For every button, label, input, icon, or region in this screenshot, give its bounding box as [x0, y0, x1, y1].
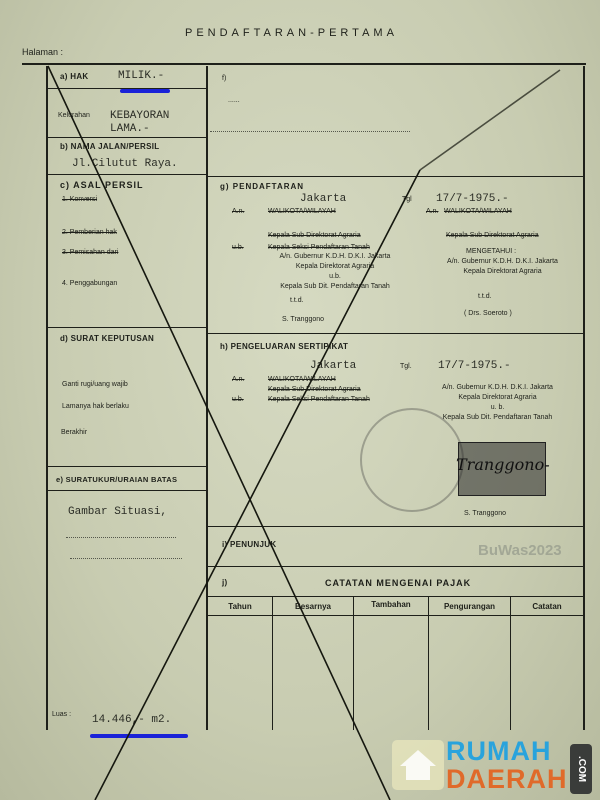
document-page: PENDAFTARAN-PERTAMA Halaman : a) HAK MIL…	[0, 0, 600, 800]
buwas-watermark: BuWas2023	[478, 542, 562, 559]
house-icon	[392, 740, 444, 790]
watermark-daerah: DAERAH	[446, 764, 568, 795]
watermark-com: .COM	[570, 744, 592, 794]
cross-out-lines	[0, 0, 600, 800]
watermark-rumah: RUMAH	[446, 736, 552, 767]
